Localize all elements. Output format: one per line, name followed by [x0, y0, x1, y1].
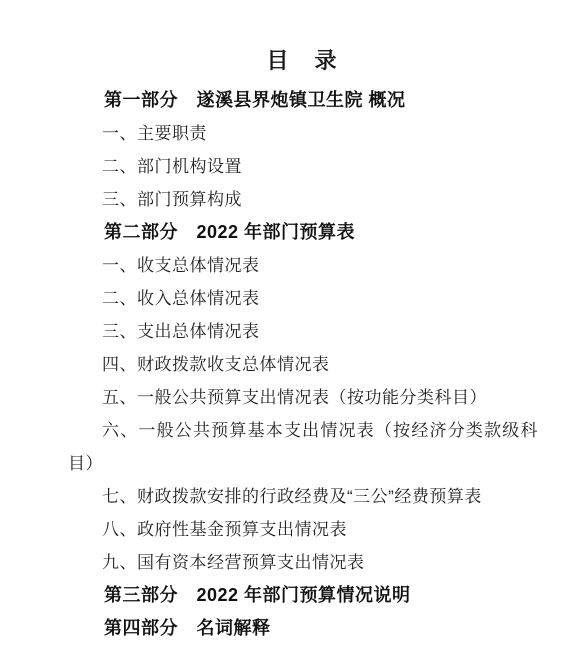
- toc-item: 四、财政拨款收支总体情况表: [68, 348, 538, 381]
- toc-item: 五、一般公共预算支出情况表（按功能分类科目）: [68, 381, 538, 414]
- toc-section-header: 第一部分 遂溪县界炮镇卫生院 概况: [68, 84, 538, 117]
- toc-list: 第一部分 遂溪县界炮镇卫生院 概况一、主要职责二、部门机构设置三、部门预算构成第…: [68, 84, 538, 645]
- document-page: 目 录 第一部分 遂溪县界炮镇卫生院 概况一、主要职责二、部门机构设置三、部门预…: [0, 0, 563, 656]
- toc-item: 三、支出总体情况表: [68, 315, 538, 348]
- toc-section-header: 第四部分 名词解释: [68, 612, 538, 645]
- toc-section-header: 第二部分 2022 年部门预算表: [68, 216, 538, 249]
- toc-item: 一、主要职责: [68, 117, 538, 150]
- toc-section-header: 第三部分 2022 年部门预算情况说明: [68, 579, 538, 612]
- toc-item: 八、政府性基金预算支出情况表: [68, 513, 538, 546]
- toc-item: 三、部门预算构成: [68, 183, 538, 216]
- toc-content: 目 录 第一部分 遂溪县界炮镇卫生院 概况一、主要职责二、部门机构设置三、部门预…: [68, 44, 538, 645]
- toc-item: 六、一般公共预算基本支出情况表（按经济分类款级科目）: [68, 414, 538, 480]
- toc-item: 一、收支总体情况表: [68, 249, 538, 282]
- toc-item: 二、部门机构设置: [68, 150, 538, 183]
- toc-item: 七、财政拨款安排的行政经费及“三公”经费预算表: [68, 480, 538, 513]
- toc-item: 九、国有资本经营预算支出情况表: [68, 546, 538, 579]
- toc-item: 二、收入总体情况表: [68, 282, 538, 315]
- toc-title: 目 录: [68, 44, 538, 78]
